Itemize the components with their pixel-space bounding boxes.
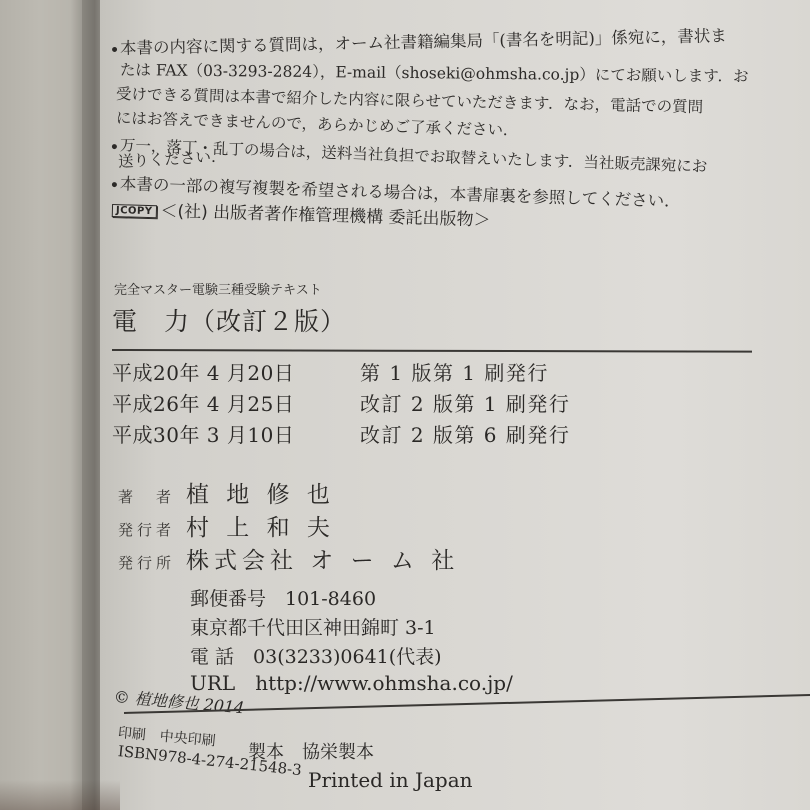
history-date: 平成26年 4 月25日 (112, 388, 360, 419)
credit-label: 著 者 (118, 486, 186, 507)
history-row: 平成26年 4 月25日 改訂 2 版第 1 刷発行 (112, 388, 570, 419)
history-event: 改訂 2 版第 1 刷発行 (360, 388, 570, 419)
credit-value: 植 地 修 也 (186, 476, 335, 509)
credit-publisher-person: 発行者 村 上 和 夫 (118, 509, 459, 542)
series-title: 完全マスター電験三種受験テキスト (114, 279, 322, 298)
corner-shadow (0, 780, 120, 810)
phone: 電 話 03(3233)0641(代表) (190, 642, 442, 669)
history-event: 第 1 版第 1 刷発行 (360, 357, 549, 388)
history-row: 平成20年 4 月20日 第 1 版第 1 刷発行 (112, 357, 570, 388)
postal-code: 郵便番号 101-8460 (190, 584, 376, 611)
credit-author: 著 者 植 地 修 也 (118, 476, 459, 509)
history-date: 平成30年 3 月10日 (112, 419, 360, 450)
bullet-icon (112, 144, 117, 149)
printed-in: Printed in Japan (308, 768, 473, 792)
history-date: 平成20年 4 月20日 (112, 357, 360, 388)
book-title: 電 力（改訂２版） (112, 302, 346, 338)
credit-value: 村 上 和 夫 (186, 509, 335, 542)
history-row: 平成30年 3 月10日 改訂 2 版第 6 刷発行 (112, 419, 570, 450)
bullet-icon (112, 182, 117, 187)
credits: 著 者 植 地 修 也 発行者 村 上 和 夫 発行所 株式会社 オ ー ム 社 (118, 476, 459, 575)
history-event: 改訂 2 版第 6 刷発行 (360, 419, 570, 450)
address: 東京都千代田区神田錦町 3-1 (190, 613, 436, 640)
credit-label: 発行者 (118, 519, 186, 540)
credit-label: 発行所 (118, 552, 186, 573)
bullet-icon (112, 47, 117, 52)
url: URL http://www.ohmsha.co.jp/ (190, 667, 513, 696)
credit-publisher-company: 発行所 株式会社 オ ー ム 社 (118, 542, 459, 575)
credit-value: 株式会社 オ ー ム 社 (186, 542, 459, 575)
publication-history: 平成20年 4 月20日 第 1 版第 1 刷発行 平成26年 4 月25日 改… (112, 357, 570, 450)
jcopy-logo-icon: JCOPY (112, 204, 157, 218)
